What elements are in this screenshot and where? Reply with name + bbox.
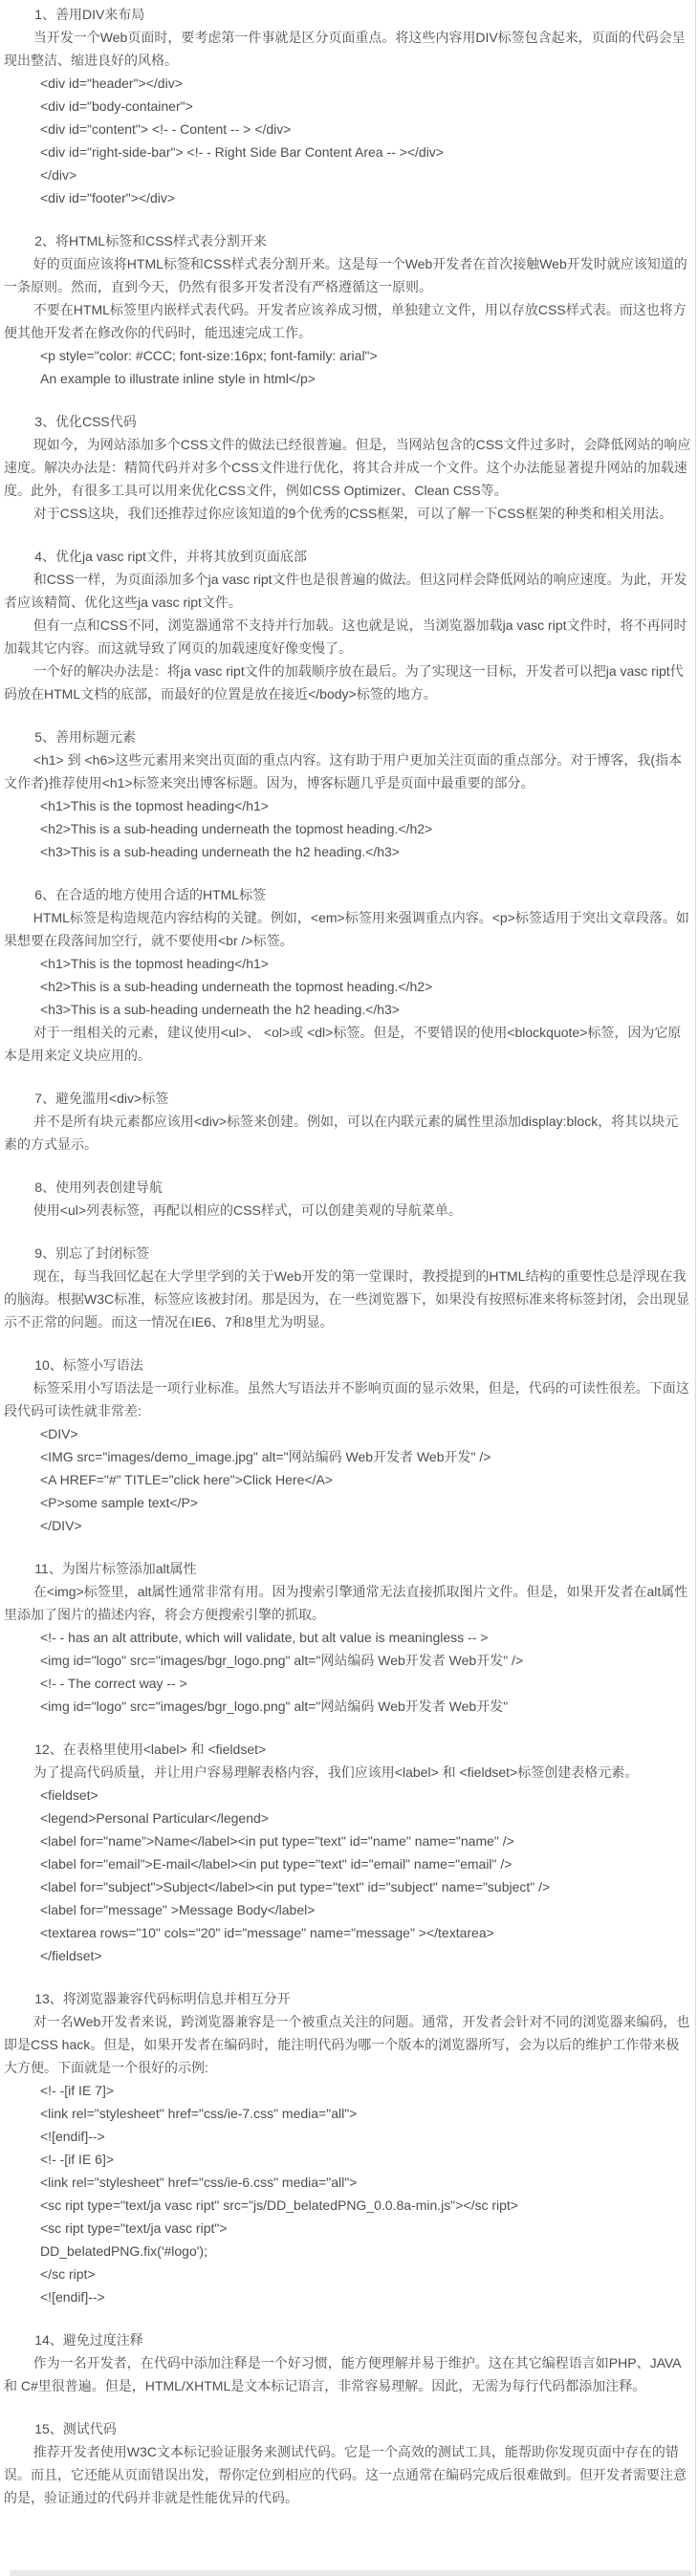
right-border-line (695, 0, 696, 2576)
section: 12、在表格里使用<label> 和 <fieldset>为了提高代码质量，并让… (4, 1738, 691, 1967)
code-line: <label for="subject">Subject</label><in … (4, 1875, 691, 1898)
document-page: 1、善用DIV来布局当开发一个Web页面时，要考虑第一件事就是区分页面重点。将这… (0, 0, 698, 2576)
section-paragraph: 不要在HTML标签里内嵌样式表代码。开发者应该养成习惯，单独建立文件，用以存放C… (4, 298, 691, 344)
section-title: 12、在表格里使用<label> 和 <fieldset> (4, 1738, 691, 1761)
section-paragraph: 现在，每当我回忆起在大学里学到的关于Web开发的第一堂课时，教授提到的HTML结… (4, 1265, 691, 1333)
section-paragraph: 作为一名开发者，在代码中添加注释是一个好习惯，能方便理解并易于维护。这在其它编程… (4, 2351, 691, 2397)
section-title: 7、避免滥用<div>标签 (4, 1087, 691, 1110)
code-line: <textarea rows="10" cols="20" id="messag… (4, 1921, 691, 1944)
code-line: <![endif]--> (4, 2285, 691, 2308)
section: 10、标签小写语法标签采用小写语法是一项行业标准。虽然大写语法并不影响页面的显示… (4, 1353, 691, 1537)
section-title: 2、将HTML标签和CSS样式表分割开来 (4, 229, 691, 252)
code-line: An example to illustrate inline style in… (4, 367, 691, 390)
section: 15、测试代码推荐开发者使用W3C文本标记验证服务来测试代码。它是一个高效的测试… (4, 2417, 691, 2509)
section-paragraph: 使用<ul>列表标签，再配以相应的CSS样式，可以创建美观的导航菜单。 (4, 1199, 691, 1222)
code-line: <fieldset> (4, 1784, 691, 1807)
article-content: 1、善用DIV来布局当开发一个Web页面时，要考虑第一件事就是区分页面重点。将这… (4, 3, 691, 2509)
code-line: <div id="body-container"> (4, 95, 691, 118)
section-paragraph: 当开发一个Web页面时，要考虑第一件事就是区分页面重点。将这些内容用DIV标签包… (4, 26, 691, 72)
code-line: <h2>This is a sub-heading underneath the… (4, 817, 691, 840)
section-title: 5、善用标题元素 (4, 725, 691, 748)
code-line: <h1>This is the topmost heading</h1> (4, 952, 691, 975)
code-line: <div id="content"> <!- - Content -- > </… (4, 118, 691, 141)
section: 6、在合适的地方使用合适的HTML标签HTML标签是构造规范内容结构的关键。例如… (4, 883, 691, 1067)
code-line: <DIV> (4, 1422, 691, 1445)
code-line: </DIV> (4, 1514, 691, 1537)
section-paragraph: 在<img>标签里，alt属性通常非常有用。因为搜索引擎通常无法直接抓取图片文件… (4, 1580, 691, 1626)
section-title: 1、善用DIV来布局 (4, 3, 691, 26)
section-paragraph: 现如今，为网站添加多个CSS文件的做法已经很普遍。但是，当网站包含的CSS文件过… (4, 433, 691, 502)
code-line: <h3>This is a sub-heading underneath the… (4, 998, 691, 1021)
section: 3、优化CSS代码现如今，为网站添加多个CSS文件的做法已经很普遍。但是，当网站… (4, 410, 691, 525)
section: 13、将浏览器兼容代码标明信息并相互分开对一名Web开发者来说，跨浏览器兼容是一… (4, 1987, 691, 2308)
section-title: 8、使用列表创建导航 (4, 1176, 691, 1199)
section-title: 4、优化ja vasc ript文件，并将其放到页面底部 (4, 545, 691, 568)
section-paragraph: 但有一点和CSS不同，浏览器通常不支持并行加载。这也就是说，当浏览器加载ja v… (4, 614, 691, 660)
code-line: <!- -[if IE 7]> (4, 2079, 691, 2102)
code-line: <IMG src="images/demo_image.jpg" alt="网站… (4, 1445, 691, 1468)
section-paragraph: 对一名Web开发者来说，跨浏览器兼容是一个被重点关注的问题。通常，开发者会针对不… (4, 2010, 691, 2079)
code-line: <h1>This is the topmost heading</h1> (4, 794, 691, 817)
code-line: <!- - The correct way -- > (4, 1672, 691, 1695)
section: 1、善用DIV来布局当开发一个Web页面时，要考虑第一件事就是区分页面重点。将这… (4, 3, 691, 209)
section: 5、善用标题元素<h1> 到 <h6>这些元素用来突出页面的重点内容。这有助于用… (4, 725, 691, 863)
section-paragraph: 一个好的解决办法是：将ja vasc ript文件的加载顺序放在最后。为了实现这… (4, 660, 691, 705)
section-paragraph: 对于一组相关的元素，建议使用<ul>、 <ol>或 <dl>标签。但是，不要错误… (4, 1021, 691, 1067)
code-line: </sc ript> (4, 2262, 691, 2285)
code-line: <legend>Personal Particular</legend> (4, 1807, 691, 1829)
section-title: 15、测试代码 (4, 2417, 691, 2440)
section: 14、避免过度注释作为一名开发者，在代码中添加注释是一个好习惯，能方便理解并易于… (4, 2328, 691, 2397)
code-line: <div id="right-side-bar"> <!- - Right Si… (4, 141, 691, 163)
code-line: <label for="message" >Message Body</labe… (4, 1898, 691, 1921)
section-paragraph: 并不是所有块元素都应该用<div>标签来创建。例如，可以在内联元素的属性里添加d… (4, 1110, 691, 1156)
section-paragraph: HTML标签是构造规范内容结构的关键。例如，<em>标签用来强调重点内容。<p>… (4, 906, 691, 952)
section-paragraph: 对于CSS这块，我们还推荐过你应该知道的9个优秀的CSS框架，可以了解一下CSS… (4, 502, 691, 525)
section-title: 6、在合适的地方使用合适的HTML标签 (4, 883, 691, 906)
code-line: </fieldset> (4, 1944, 691, 1967)
code-line: </div> (4, 163, 691, 186)
section: 9、别忘了封闭标签现在，每当我回忆起在大学里学到的关于Web开发的第一堂课时，教… (4, 1242, 691, 1333)
code-line: <img id="logo" src="images/bgr_logo.png"… (4, 1649, 691, 1672)
section-title: 3、优化CSS代码 (4, 410, 691, 433)
code-line: <A HREF="#" TITLE="click here">Click Her… (4, 1468, 691, 1491)
section-title: 9、别忘了封闭标签 (4, 1242, 691, 1265)
code-line: <div id="header"></div> (4, 72, 691, 95)
code-line: <link rel="stylesheet" href="css/ie-7.cs… (4, 2102, 691, 2125)
code-line: <link rel="stylesheet" href="css/ie-6.cs… (4, 2171, 691, 2194)
code-line: <P>some sample text</P> (4, 1491, 691, 1514)
section-title: 11、为图片标签添加alt属性 (4, 1557, 691, 1580)
code-line: <!- -[if IE 6]> (4, 2148, 691, 2171)
section: 2、将HTML标签和CSS样式表分割开来好的页面应该将HTML标签和CSS样式表… (4, 229, 691, 390)
code-line: <!- - has an alt attribute, which will v… (4, 1626, 691, 1649)
section: 4、优化ja vasc ript文件，并将其放到页面底部和CSS一样，为页面添加… (4, 545, 691, 705)
section-paragraph: 标签采用小写语法是一项行业标准。虽然大写语法并不影响页面的显示效果，但是，代码的… (4, 1376, 691, 1422)
section-paragraph: 好的页面应该将HTML标签和CSS样式表分割开来。这是每一个Web开发者在首次接… (4, 252, 691, 298)
code-line: <label for="name">Name</label><in put ty… (4, 1829, 691, 1852)
code-line: <div id="footer"></div> (4, 186, 691, 209)
section-paragraph: 为了提高代码质量，并让用户容易理解表格内容，我们应该用<label> 和 <fi… (4, 1761, 691, 1784)
code-line: <h3>This is a sub-heading underneath the… (4, 840, 691, 863)
section: 8、使用列表创建导航使用<ul>列表标签，再配以相应的CSS样式，可以创建美观的… (4, 1176, 691, 1222)
code-line: <![endif]--> (4, 2125, 691, 2148)
section-paragraph: 推荐开发者使用W3C文本标记验证服务来测试代码。它是一个高效的测试工具，能帮助你… (4, 2440, 691, 2509)
section-title: 10、标签小写语法 (4, 1353, 691, 1376)
section-paragraph: <h1> 到 <h6>这些元素用来突出页面的重点内容。这有助于用户更加关注页面的… (4, 748, 691, 794)
section: 7、避免滥用<div>标签并不是所有块元素都应该用<div>标签来创建。例如，可… (4, 1087, 691, 1156)
code-line: <sc ript type="text/ja vasc ript" src="j… (4, 2194, 691, 2217)
section: 11、为图片标签添加alt属性在<img>标签里，alt属性通常非常有用。因为搜… (4, 1557, 691, 1718)
section-paragraph: 和CSS一样，为页面添加多个ja vasc ript文件也是很普遍的做法。但这同… (4, 568, 691, 614)
bottom-divider-bar (10, 2570, 691, 2576)
code-line: <p style="color: #CCC; font-size:16px; f… (4, 344, 691, 367)
section-title: 13、将浏览器兼容代码标明信息并相互分开 (4, 1987, 691, 2010)
code-line: <label for="email">E-mail</label><in put… (4, 1852, 691, 1875)
code-line: <h2>This is a sub-heading underneath the… (4, 975, 691, 998)
section-title: 14、避免过度注释 (4, 2328, 691, 2351)
code-line: DD_belatedPNG.fix('#logo'); (4, 2240, 691, 2262)
code-line: <img id="logo" src="images/bgr_logo.png"… (4, 1695, 691, 1718)
code-line: <sc ript type="text/ja vasc ript"> (4, 2217, 691, 2240)
